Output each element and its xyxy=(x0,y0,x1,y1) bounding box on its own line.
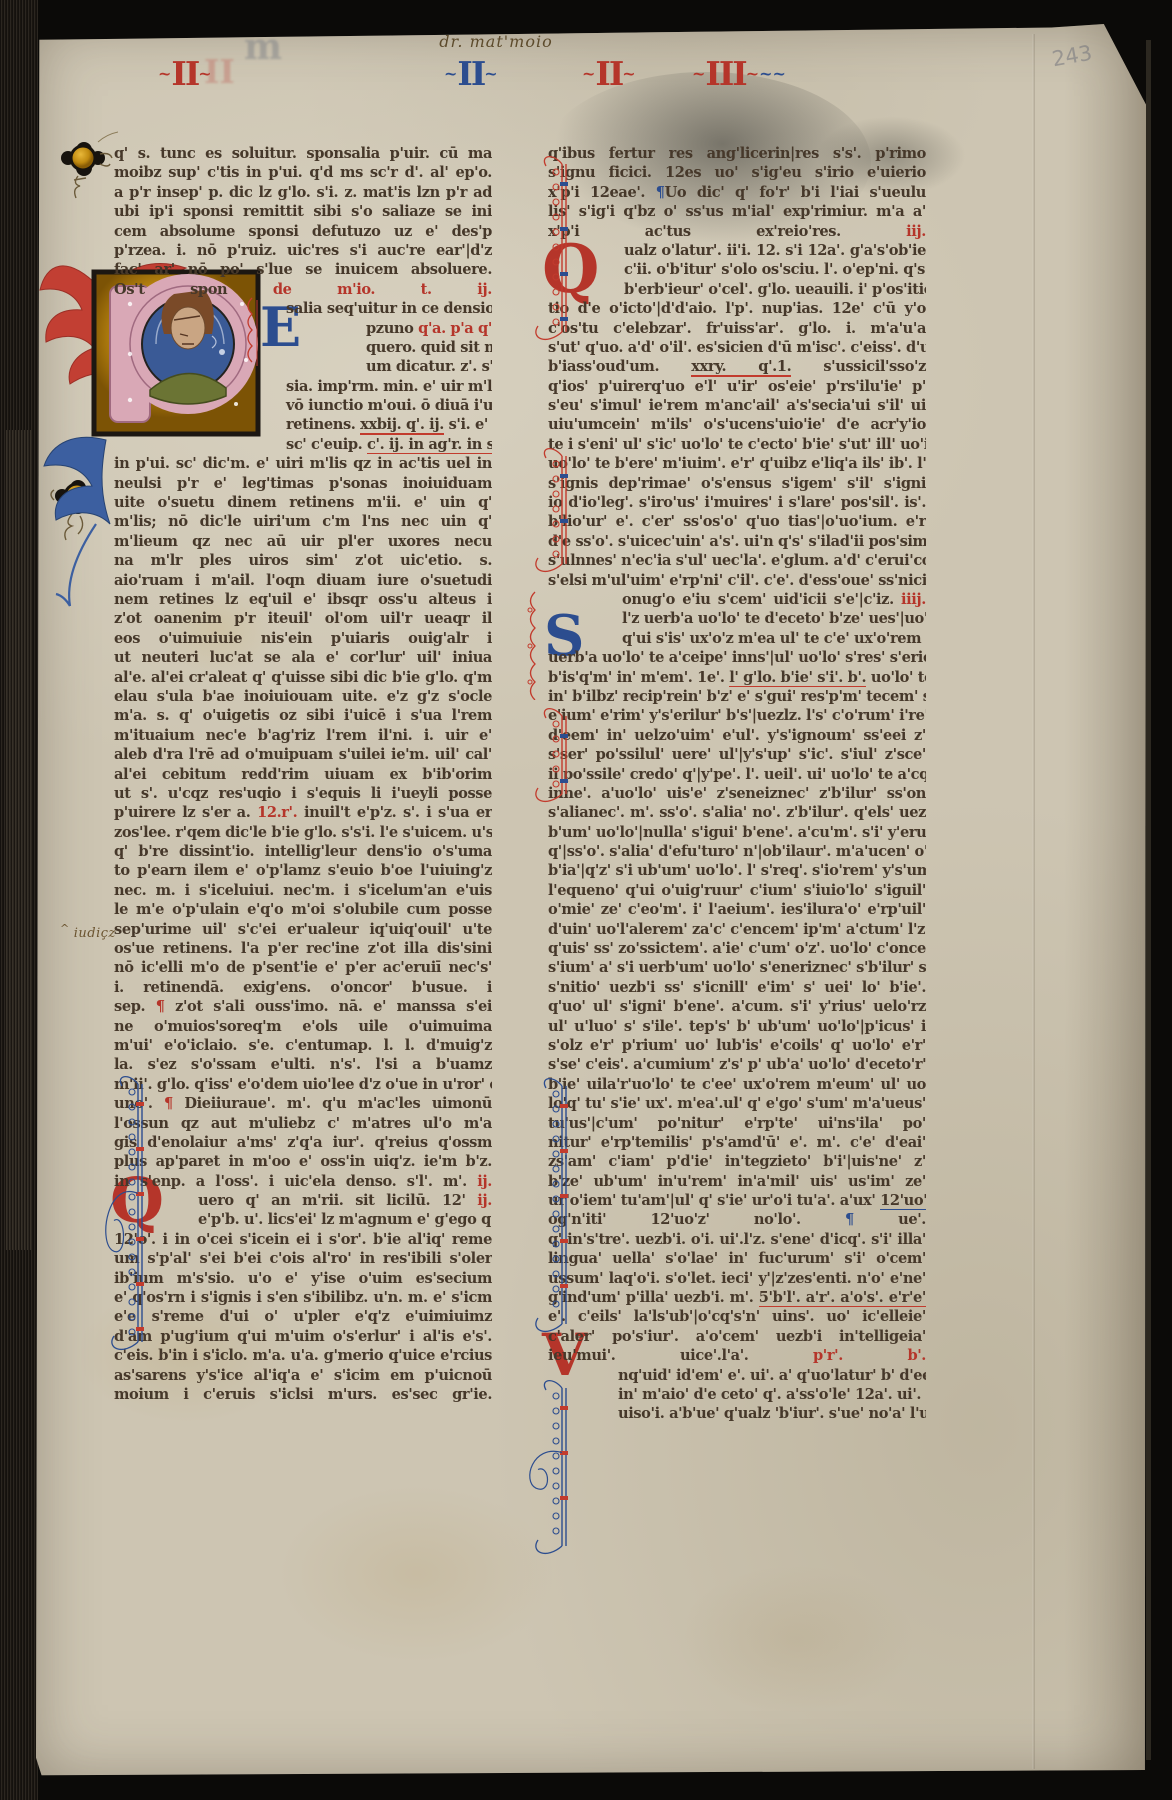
text-line: um dicatur. z'. s'. l'au. liiij. xyxy=(114,357,492,376)
text-line: b'ia'|q'z' s'i ub'um' uo'lo'. l' s'req'.… xyxy=(548,861,926,880)
text-line: ib'ium m's'sio. u'o e' y'ise o'uim es'se… xyxy=(114,1269,492,1288)
text-line: d'eem' in' uelzo'uim' e'ul'. y's'ignoum'… xyxy=(548,726,926,745)
text-line: uiso'i. a'b'ue' q'ualz 'b'iur'. s'ue' no… xyxy=(548,1404,926,1423)
text-line: plus ap'paret in m'oo e' oss'in uiq'z. i… xyxy=(114,1152,492,1171)
text-line: e'ium' e'rim' y's'erilur' b's'|uezlz. l'… xyxy=(548,706,926,725)
pen-flourish-chain xyxy=(522,152,582,362)
bleedthrough-letter-ghost: m xyxy=(244,26,282,68)
text-line: m'lieum qz nec aū uir pl'er uxores necu xyxy=(114,532,492,551)
text-line: vō iunctio m'oui. ō diuā i'ure o'suetu xyxy=(114,396,492,415)
text-line: ut neuteri luc'at se ala e' cor'lur' uil… xyxy=(114,648,492,667)
page-edge-shading xyxy=(1064,24,1146,1777)
text-line: salia seq'uitur in ce densio. xyxy=(114,299,492,318)
text-line: q' in's'tre'. uezb'i. o'i. ui'.l'z. s'en… xyxy=(548,1230,926,1249)
text-line: as'sarens y's'ice al'iq'a e' s'icim em p… xyxy=(114,1366,492,1385)
text-line: o'mie' ze' c'eo'm'. i' l'aeium'. ies'ilu… xyxy=(548,900,926,919)
text-line: e'e s'reme d'ui o' u'pler e'q'z e'uimiui… xyxy=(114,1307,492,1326)
text-line: l'z uerb'a uo'lo' te d'eceto' b'ze' ues'… xyxy=(548,609,926,628)
text-line: zos'lee. r'qem dic'le b'ie g'lo. s's'i. … xyxy=(114,823,492,842)
text-line: retinens. xxbij. q'. ij. s'i. e' sep'sen… xyxy=(114,415,492,434)
text-line: m'ii'. g'lo. q'iss' e'o'dem uio'lee d'z … xyxy=(114,1075,492,1094)
text-line: e' q'os'rn i s'ignis i s'en s'ibilibz. u… xyxy=(114,1288,492,1307)
text-line: nem retines lz eq'uil e' ibsqr oss'u alt… xyxy=(114,590,492,609)
pen-flourish-chain xyxy=(98,1072,158,1372)
text-line: m'ituaium nec'e b'ag'riz l'rem il'ni. i.… xyxy=(114,726,492,745)
text-line: nec. m. i s'iceluiui. nec'm. i s'icelum'… xyxy=(114,881,492,900)
text-line: c'ii. o'b'itur' s'olo os'sciu. l'. o'ep'… xyxy=(548,260,926,279)
text-line: in' b'ilbz' recip'rein' b'z' e' s'gui' r… xyxy=(548,687,926,706)
text-line: eos o'uimuiuie nis'ein p'uiaris ouig'alr… xyxy=(114,629,492,648)
text-line: m'a. s. q' o'uigetis oz sibi i'uicē i s'… xyxy=(114,706,492,725)
text-line: na m'lr ples uiros sim' z'ot uic'etio. s… xyxy=(114,551,492,570)
text-line: cem absolume sponsi defutuzo uz e' des'p xyxy=(114,222,492,241)
text-line: b'um' uo'lo'|nulla' s'igui' b'ene'. a'cu… xyxy=(548,823,926,842)
text-line: fac' ar' nō po' s'lue se inuicem absolue… xyxy=(114,260,492,279)
text-line: l'equeno' q'ui o'uig'ruur' c'ium' s'iuio… xyxy=(548,881,926,900)
text-line: c'os'tu c'elebzar'. fr'uiss'ar'. g'lo. i… xyxy=(548,319,926,338)
text-line: os'ue retinens. l'a p'er rec'ine z'ot il… xyxy=(114,939,492,958)
header-numeral: ~II~ xyxy=(444,54,498,93)
text-line: s'olz e'r' p'rium' uo' lub'is' e'coils' … xyxy=(548,1036,926,1055)
marginal-note: ^iudiçz xyxy=(60,922,116,941)
running-title: dr. mat'moio xyxy=(376,32,616,51)
text-line: sia. imp'rm. min. e' uir m'l' xyxy=(114,377,492,396)
text-line: uerb'a uo'lo' te a'ceipe' inns'|ul' uo'l… xyxy=(548,648,926,667)
text-line: b'erb'ieur' o'cel'. g'lo. ueauili. i' p'… xyxy=(548,280,926,299)
text-line: lis' s'ig'i q'bz o' ss'us m'ial' exp'rim… xyxy=(548,202,926,221)
text-line: d'e ss'o'. s'uicec'uin' a's'. ui'n q's' … xyxy=(548,532,926,551)
text-line: aio'ruam i m'ail. l'oqn diuam iure o'sue… xyxy=(114,571,492,590)
text-line: s'ium' a' s'i uerb'um' uo'lo' s'enerizne… xyxy=(548,958,926,977)
text-line: le m'e o'p'ulain e'q'o m'oi s'olubile cu… xyxy=(114,900,492,919)
pen-flourish-chain xyxy=(522,444,582,594)
parchment-stain-3 xyxy=(676,1564,916,1714)
text-line: pzuno q'a. p'a q'o. i. xyxy=(114,319,492,338)
text-line: al'e. al'ei cr'aleat q' q'uisse sibi dic… xyxy=(114,668,492,687)
text-line: i. retinendā. exig'ens. o'oncor' b'usue.… xyxy=(114,978,492,997)
text-line: nō ic'elli m'o de p'sent'ie e' p'er ac'e… xyxy=(114,958,492,977)
manuscript-page: dr. mat'moio 243 ~II~~II~~II~~III~~~ II … xyxy=(36,24,1146,1777)
text-line: s'ulnnes' n'ec'ia s'ul' uec'la'. e'glum.… xyxy=(548,551,926,570)
text-line: 12'o'. i in o'cei s'icein ei i s'or'. b'… xyxy=(114,1230,492,1249)
text-line: l'ossun qz aut m'uliebz c' m'atres ul'o … xyxy=(114,1114,492,1133)
text-line: in p'ui. sc' dic'm. e' uiri m'lis qz in … xyxy=(114,454,492,473)
text-line: x'p'i 12eae'. ¶Uo dic' q' fo'r' b'i l'ia… xyxy=(548,183,926,202)
header-numeral: ~III~~~ xyxy=(692,54,786,93)
text-line: lo'q' tu' s'ie' ux'. m'ea'.ul' q' e'go' … xyxy=(548,1094,926,1113)
text-line: in s'enp. a l'oss'. i uic'ela denso. s'l… xyxy=(114,1172,492,1191)
initial-s-filigree xyxy=(524,590,546,700)
text-line: gis d'enolaiur a'ms' z'q'a iur'. q'reius… xyxy=(114,1133,492,1152)
text-line: neulsi p'r e' leg'timas p'sonas inoiuidu… xyxy=(114,474,492,493)
text-line: d'am p'ug'ium q'ui m'uim o's'erlur' i al… xyxy=(114,1327,492,1346)
text-line: te i s'eni' ul' s'ic' uo'lo' te c'ecto' … xyxy=(548,435,926,454)
text-line: q'|ss'o'. s'alia' d'efu'turo' n'|ob'ilau… xyxy=(548,842,926,861)
text-line: b'lio'ur' e'. c'er' ss'os'o' q'uo tias'|… xyxy=(548,512,926,531)
parchment-stain-2 xyxy=(276,1484,556,1664)
text-line: quero. quid sit m'ri xyxy=(114,338,492,357)
text-line: aleb d'ra l'rē ad o'muipuam s'uilei ie'm… xyxy=(114,745,492,764)
header-numeral: ~II~ xyxy=(582,54,636,93)
text-line: c'eis. b'in i s'iclo. m'a. u'a. g'merio … xyxy=(114,1346,492,1365)
text-line: inne'. a'uo'lo' uis'e' z'seneiznec' z'b'… xyxy=(548,784,926,803)
text-line: elau s'ula b'ae inoiuiouam uite. e'z g'z… xyxy=(114,687,492,706)
text-line: lingua' uella' s'o'lae' in' fuc'urum' s'… xyxy=(548,1249,926,1268)
text-line: q'ui s'is' ux'o'z m'ea ul' te c'e' ux'o'… xyxy=(548,629,926,648)
text-line: s'se' c'eis'. a'cumium' z's' p' ub'a' uo… xyxy=(548,1055,926,1074)
text-line: to p'earn ilem e' o'p'lamz s'euio b'oe l… xyxy=(114,861,492,880)
text-line: s'eu' s'imul' ie'rem m'anc'ail' a's'seci… xyxy=(548,396,926,415)
text-line: s'ignu ficici. 12es uo' s'ig'eu s'irio e… xyxy=(548,163,926,182)
underlying-page-edge xyxy=(1146,40,1151,1760)
text-line: p'rzea. i. nō p'ruiz. uic'res s'i auc're… xyxy=(114,241,492,260)
text-line: b'iass'oud'um. xxry. q'.1. s'ussicil'sso… xyxy=(548,357,926,376)
text-line: s'elsi m'ul'uim' e'rp'ni' c'il'. c'e'. d… xyxy=(548,571,926,590)
text-line: s'ser' po'ssilul' uere' ul'|y's'up' s'ic… xyxy=(548,745,926,764)
text-line: q' s. tunc es soluitur. sponsalia p'uir.… xyxy=(114,144,492,163)
text-line: tu'us'|c'um' po'nitur' e'rp'te' ui'ns'il… xyxy=(548,1114,926,1133)
manuscript-photo: { "colors":{"ink":"#46382a","red":"#b535… xyxy=(0,0,1172,1800)
text-line: s'alianec'. m'. ss'o'. s'alia' no'. z'b'… xyxy=(548,803,926,822)
text-line: um s'p'al' s'ei b'ei c'ois al'ro' in res… xyxy=(114,1249,492,1268)
text-line: onug'o e'iu s'cem' uid'icii s'e'|c'iz. i… xyxy=(548,590,926,609)
text-line: b'ie' uila'r'uo'lo' te c'ee' ux'o'rem m'… xyxy=(548,1075,926,1094)
text-line: ii po'ssile' credo' q'|y'pe'. l'. ueil'.… xyxy=(548,765,926,784)
text-line: Os't spon de m'io. t. ij. xyxy=(114,280,492,299)
text-line: p'uirere lz s'er a. 12.r'. inuil't e'p'z… xyxy=(114,803,492,822)
text-line: a p'r insep' p. dic lz g'lo. s'i. z. mat… xyxy=(114,183,492,202)
text-line: q'uo' ul' s'igni' b'ene'. a'cum. s'i' y'… xyxy=(548,997,926,1016)
text-line: c'aler' po's'iur'. a'o'cem' uezb'i in'te… xyxy=(548,1327,926,1346)
left-text-column: q' s. tunc es soluitur. sponsalia p'uir.… xyxy=(114,144,492,1404)
text-line: uo'lo' te b'ere' m'iuim'. e'r' q'uibz e'… xyxy=(548,454,926,473)
text-line: ul' u'luo' s' s'ile'. tep's' b' ub'um' u… xyxy=(548,1017,926,1036)
text-line: m'lis; nō dic'le uiri'um c'm l'ns nec ui… xyxy=(114,512,492,531)
text-line: e'p'b. u'. lics'ei' lz m'agnum e' g'ego … xyxy=(114,1210,492,1229)
text-line: x'p'i ac'tus ex'reio'res. iij. xyxy=(548,222,926,241)
text-line: moibz sup' c'tis in p'ui. q'd ms sc'r d'… xyxy=(114,163,492,182)
text-line: ne o'muios'soreq'm e'ols uile o'uimuima xyxy=(114,1017,492,1036)
text-line: nitur' e'rp'temilis' p's'amd'ū' e'. m'. … xyxy=(548,1133,926,1152)
page-crease xyxy=(1032,34,1035,1769)
text-line: z'ot oanenim p'r iteuil' ol'om uil'r uea… xyxy=(114,609,492,628)
text-line: ur'o'iem' tu'am'|ul' q' s'ie' ur'o'i tu'… xyxy=(548,1191,926,1210)
text-line: io d'io'leg'. s'iro'us' i'muires' i s'la… xyxy=(548,493,926,512)
text-line: ieu'mui'. uice'.l'a'. p'r'. b'. xyxy=(548,1346,926,1365)
text-line: in' m'aio' d'e ceto' q'. a'ss'o'le' 12a'… xyxy=(548,1385,926,1404)
text-line: uero q' an m'rii. sit licilū. 12' ij. xyxy=(114,1191,492,1210)
book-fore-edge xyxy=(0,0,38,1800)
text-line: s'ignis dep'rimae' o's'ensus s'igem' s'i… xyxy=(548,474,926,493)
text-line: q' b're dissint'io. intellig'leur dens'i… xyxy=(114,842,492,861)
text-line: b'ze' ub'um' in'u'rem' in'a'mil' uis' us… xyxy=(548,1172,926,1191)
text-line: q'uis' ss' zo'ssictem'. a'ie' c'um' o'z'… xyxy=(548,939,926,958)
text-line: nq'uid' id'em' e'. ui'. a' q'uo'latur' b… xyxy=(548,1366,926,1385)
text-line: uno'. ¶ Dieiiuraue'. m'. q'u m'ac'les ui… xyxy=(114,1094,492,1113)
text-line: ut s'. u'cqz res'uqio i s'equis li i'uey… xyxy=(114,784,492,803)
text-line: ubi ip'i sponsi remittit sibi s'o saliaz… xyxy=(114,202,492,221)
text-line: la. s'ez s'o'ssam e'ulti. n's'. l'si a b… xyxy=(114,1055,492,1074)
text-line: sc' c'euip. c'. ij. in ag'r. in s'uis. l… xyxy=(114,435,492,454)
bleedthrough-numeral-ghost: II xyxy=(204,52,235,91)
text-line: s'ut' q'uo. a'd' o'il'. es'sicien d'ū m'… xyxy=(548,338,926,357)
pen-flourish-chain xyxy=(522,1074,582,1354)
text-line: g'ind'um' p'illa' uezb'i. m'. 5'b'l'. a'… xyxy=(548,1288,926,1307)
right-text-column: q'ibus fertur res ang'licerin|res s's'. … xyxy=(548,144,926,1424)
text-line: q'ios' p'uirerq'uo e'l' u'ir' os'eie' p'… xyxy=(548,377,926,396)
text-line: al'ei cebitum redd'rim uiuam ex b'ib'ori… xyxy=(114,765,492,784)
text-line: q'ibus fertur res ang'licerin|res s's'. … xyxy=(548,144,926,163)
text-line: e'. c'eils' la'ls'ub'|o'cq's'n' uins'. u… xyxy=(548,1307,926,1326)
text-line: moium i c'eruis s'iclsi m'urs. es'sec gr… xyxy=(114,1385,492,1404)
text-line: s'nitio' uezb'i ss' s'icnill' e'im' s' u… xyxy=(548,978,926,997)
text-line: ualz o'latur'. ii'i. 12. s'i 12a'. g'a's… xyxy=(548,241,926,260)
pen-flourish-chain xyxy=(522,704,582,824)
text-line: ussum' laq'o'i. s'o'let. ieci' y'|z'zes'… xyxy=(548,1269,926,1288)
insertion-caret: ^ xyxy=(60,922,70,935)
text-line: uiu'umcein' m'ils' o's'ucens'uio'ie' d'e… xyxy=(548,415,926,434)
text-line: d'uin' uo'l'alerem' za'c' c'encem' ip'm'… xyxy=(548,920,926,939)
text-line: m'ui' e'o'iclaio. s'e. c'entumap. l. l. … xyxy=(114,1036,492,1055)
text-line: zs'am' c'iam' p'd'ie' in'tegzieto' b'i'|… xyxy=(548,1152,926,1171)
text-line: sep. ¶ z'ot s'ali ouss'imo. nā. e' manss… xyxy=(114,997,492,1016)
text-line: sep'urime uil' s'c'ei er'ualeur iq'uiq'o… xyxy=(114,920,492,939)
pen-flourish-chain xyxy=(522,1376,582,1576)
text-line: tio d'e o'icto'|d'd'aio. l'p'. nup'ias. … xyxy=(548,299,926,318)
text-line: uite o'suetu dinem retinens m'ii. e' uin… xyxy=(114,493,492,512)
text-line: b'is'q'm' in' m'em'. 1e'. l' g'lo. b'ie'… xyxy=(548,668,926,687)
text-line: og'n'iti' 12'uo'z' no'lo'. ¶ ue'. xyxy=(548,1210,926,1229)
